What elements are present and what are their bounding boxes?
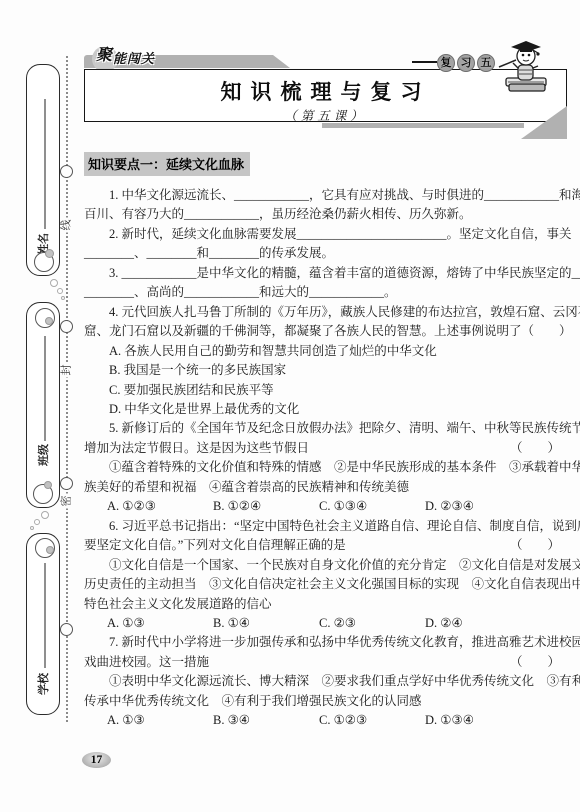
answer-bracket: （ ） <box>510 536 560 555</box>
question-line: 4. 元代回族人扎马鲁丁所制的《万年历》，藏族人民修建的布达拉宫，敦煌石窟、云冈… <box>84 303 560 322</box>
question-line-text: ________、高尚的____________和远大的____________… <box>84 285 397 299</box>
question-line: 5. 新修订后的《全国年节及纪念日放假办法》把除夕、清明、端午、中秋等民族传统节… <box>84 419 560 438</box>
bubble-dot <box>41 511 49 519</box>
question-line-text: ①蕴含着特殊的文化价值和特殊的情感 ②是中华民族形成的基本条件 ③承载着中华民 <box>109 460 580 474</box>
question-line: ________、________和________的传承发展。 <box>84 244 560 263</box>
brand-logo: 聚能闯关 <box>96 45 155 68</box>
choice-option: B. ③④ <box>213 711 319 730</box>
title-box: 知识梳理与复习 （第五课） <box>84 69 567 122</box>
name-write-line <box>44 99 46 229</box>
badge-connector-line <box>412 61 437 63</box>
question-line-text: 3. ____________是中华文化的精髓，蕴含着丰富的道德资源，熔铸了中华… <box>109 266 580 280</box>
question-line-text: ①表明中华文化源远流长、博大精深 ②要求我们重点学好中华优秀传统文化 ③有利于 <box>109 674 580 688</box>
question-line-text: 戏曲进校园。这一措施 <box>84 653 209 672</box>
school-field-label: 学校 <box>35 673 51 695</box>
choice-option: D. ②③④ <box>425 497 474 516</box>
choice-option: A. ①②③ <box>107 497 213 516</box>
question-line-text: 1. 中华文化源远流长、____________，它具有应对挑战、与时俱进的__… <box>109 188 580 202</box>
seal-line-ring <box>60 165 73 178</box>
review-badge-char: 五 <box>477 54 495 72</box>
question-lines: 1. 中华文化源远流长、____________，它具有应对挑战、与时俱进的__… <box>84 186 560 731</box>
question-line: 窟、龙门石窟以及新疆的千佛洞等，都凝聚了各族人民的智慧。上述事例说明了（ ） <box>84 322 560 341</box>
question-line-text: ①文化自信是一个国家、一个民族对自身文化价值的充分肯定 ②文化自信是对发展文化 <box>109 558 580 572</box>
section-heading: 知识要点一：延续文化血脉 <box>84 152 250 176</box>
class-field-label: 班级 <box>35 444 51 466</box>
seal-line-ring <box>60 623 73 636</box>
bead-dot <box>44 481 52 489</box>
question-line: 1. 中华文化源远流长、____________，它具有应对挑战、与时俱进的__… <box>84 186 560 205</box>
page-subtitle: （第五课） <box>85 106 566 124</box>
binding-field-name: 姓名 <box>26 64 60 276</box>
bubble-dot <box>57 288 63 294</box>
question-line: 族美好的希望和祝福 ④蕴含着崇高的民族精神和传统美德 <box>84 478 560 497</box>
question-line-text: 2. 新时代，延续文化血脉需要发展_______________________… <box>109 227 572 241</box>
choice-option: A. ①③ <box>107 614 213 633</box>
question-line: C. 要加强民族团结和民族平等 <box>84 381 560 400</box>
question-line-text: 要坚定文化自信。”下列对文化自信理解正确的是 <box>84 536 346 555</box>
question-line: 戏曲进校园。这一措施（ ） <box>84 653 560 672</box>
review-badge-char: 习 <box>457 54 475 72</box>
question-line: 特色社会主义文化发展道路的信心 <box>84 595 560 614</box>
answer-bracket: （ ） <box>510 439 560 458</box>
question-line: A. 各族人民用自己的勤劳和智慧共同创造了灿烂的中华文化 <box>84 342 560 361</box>
choice-option: C. ②③ <box>319 614 425 633</box>
question-line-text: 4. 元代回族人扎马鲁丁所制的《万年历》，藏族人民修建的布达拉宫，敦煌石窟、云冈… <box>109 305 580 319</box>
question-line: 百川、有容乃大的____________，虽历经沧桑仍薪火相传、历久弥新。 <box>84 205 560 224</box>
question-line: ________、高尚的____________和远大的____________… <box>84 283 560 302</box>
question-line-text: 窟、龙门石窟以及新疆的千佛洞等，都凝聚了各族人民的智慧。上述事例说明了 <box>84 322 522 341</box>
seal-char-xian: 线 <box>61 218 74 233</box>
seal-char-feng: 封 <box>61 363 74 378</box>
review-badge-char: 复 <box>437 54 455 72</box>
question-line-text: 传承中华优秀传统文化 ④有利于我们增强民族文化的认同感 <box>84 694 422 708</box>
question-line: ①表明中华文化源远流长、博大精深 ②要求我们重点学好中华优秀传统文化 ③有利于 <box>84 672 560 691</box>
seal-line-ring <box>60 477 73 490</box>
choice-option: D. ②④ <box>425 614 463 633</box>
question-line-text: A. 各族人民用自己的勤劳和智慧共同创造了灿烂的中华文化 <box>109 344 437 358</box>
question-line-text: 历史责任的主动担当 ③文化自信决定社会主义文化强国目标的实现 ④文化自信表现出中… <box>84 577 580 591</box>
question-line-text: 7. 新时代中小学将进一步加强传承和弘扬中华优秀传统文化教育，推进高雅艺术进校园… <box>109 635 580 649</box>
graduate-mascot-icon <box>498 37 554 95</box>
bubble-dot <box>50 279 58 287</box>
page-title: 知识梳理与复习 <box>85 76 566 106</box>
seal-line-ring <box>60 320 73 333</box>
page-number-badge: 17 <box>82 752 111 768</box>
question-line-text: ________、________和________的传承发展。 <box>84 246 334 260</box>
brand-logo-rest: 能闯关 <box>113 51 155 66</box>
choice-option: B. ①②④ <box>213 497 319 516</box>
question-line: 2. 新时代，延续文化血脉需要发展_______________________… <box>84 225 560 244</box>
question-line-text: 百川、有容乃大的____________，虽历经沧桑仍薪火相传、历久弥新。 <box>84 207 472 221</box>
question-line: 7. 新时代中小学将进一步加强传承和弘扬中华优秀传统文化教育，推进高雅艺术进校园… <box>84 633 560 652</box>
question-line: ①蕴含着特殊的文化价值和特殊的情感 ②是中华民族形成的基本条件 ③承载着中华民 <box>84 458 560 477</box>
bead-dot <box>45 317 53 325</box>
choice-option: C. ①③④ <box>319 497 425 516</box>
choices-row: A. ①③B. ①④C. ②③D. ②④ <box>84 614 560 633</box>
answer-bracket: （ ） <box>510 653 560 672</box>
question-line-text: C. 要加强民族团结和民族平等 <box>109 383 274 397</box>
choices-row: A. ①③B. ③④C. ①②③D. ①③④ <box>84 711 560 730</box>
class-write-line <box>44 336 46 441</box>
question-line-text: B. 我国是一个统一的多民族国家 <box>109 363 286 377</box>
question-line-text: 增加为法定节假日。这是因为这些节假日 <box>84 439 309 458</box>
binding-field-class: 班级 <box>26 302 60 508</box>
question-line-text: 特色社会主义文化发展道路的信心 <box>84 597 272 611</box>
seal-char-mi: 密 <box>61 494 74 509</box>
choices-row: A. ①②③B. ①②④C. ①③④D. ②③④ <box>84 497 560 516</box>
question-line: 增加为法定节假日。这是因为这些节假日（ ） <box>84 439 560 458</box>
choice-option: A. ①③ <box>107 711 213 730</box>
question-line: 历史责任的主动担当 ③文化自信决定社会主义文化强国目标的实现 ④文化自信表现出中… <box>84 575 560 594</box>
school-write-line <box>44 563 46 668</box>
question-line: D. 中华文化是世界上最优秀的文化 <box>84 400 560 419</box>
question-line-text: 5. 新修订后的《全国年节及纪念日放假办法》把除夕、清明、端午、中秋等民族传统节… <box>109 421 580 435</box>
answer-bracket: （ ） <box>522 322 572 341</box>
choice-option: C. ①②③ <box>319 711 425 730</box>
question-line: 传承中华优秀传统文化 ④有利于我们增强民族文化的认同感 <box>84 692 560 711</box>
question-line: 6. 习近平总书记指出：“坚定中国特色社会主义道路自信、理论自信、制度自信，说到… <box>84 517 560 536</box>
brand-logo-first-char: 聚 <box>96 47 113 64</box>
worksheet-page: 姓名 班级 学校 线 封 密 聚能闯关 知识梳理与复习 （第五课） <box>0 0 580 812</box>
binding-field-school: 学校 <box>26 533 60 715</box>
bubble-dot <box>30 526 34 530</box>
choice-option: D. ①③④ <box>425 711 474 730</box>
bubble-dot <box>61 296 65 300</box>
question-line: ①文化自信是一个国家、一个民族对自身文化价值的充分肯定 ②文化自信是对发展文化 <box>84 556 560 575</box>
question-line-text: 族美好的希望和祝福 ④蕴含着崇高的民族精神和传统美德 <box>84 480 409 494</box>
worksheet-content: 知识要点一：延续文化血脉 1. 中华文化源远流长、____________，它具… <box>84 152 560 731</box>
question-line: B. 我国是一个统一的多民族国家 <box>84 361 560 380</box>
question-line: 3. ____________是中华文化的精髓，蕴含着丰富的道德资源，熔铸了中华… <box>84 264 560 283</box>
question-line-text: D. 中华文化是世界上最优秀的文化 <box>109 402 299 416</box>
bead-dot <box>45 249 54 258</box>
question-line: 要坚定文化自信。”下列对文化自信理解正确的是（ ） <box>84 536 560 555</box>
bead-dot <box>46 546 54 554</box>
choice-option: B. ①④ <box>213 614 319 633</box>
bubble-dot <box>34 519 40 525</box>
question-line-text: 6. 习近平总书记指出：“坚定中国特色社会主义道路自信、理论自信、制度自信，说到… <box>109 519 580 533</box>
